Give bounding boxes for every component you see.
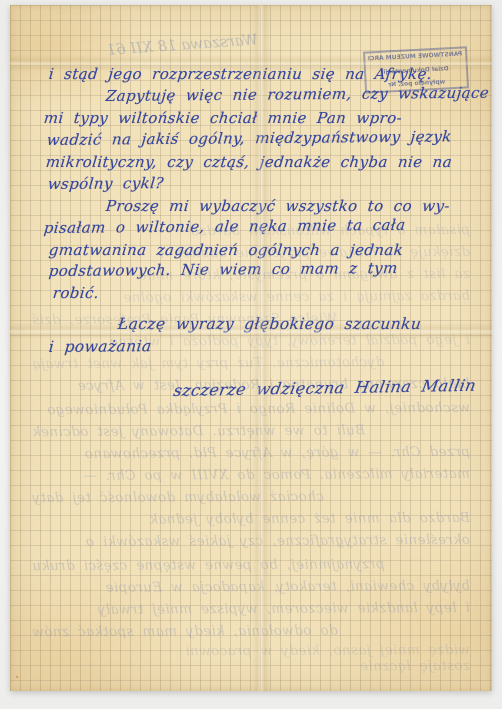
handwriting-line: robić. bbox=[52, 284, 100, 302]
bleedthrough-line: zostaję łącznie bbox=[32, 658, 470, 676]
bleedthrough-line: chociaż wolałabym dowolność tej daty bbox=[32, 488, 470, 506]
bleedthrough-line: wschodniej, w Dolinie Rongo i Przylądka … bbox=[32, 400, 470, 418]
handwriting-line: podstawowych. Nie wiem co mam z tym bbox=[48, 259, 399, 280]
fold-crease-vertical bbox=[252, 5, 270, 691]
handwriting-line: mi typy wiltońskie chciał mnie Pan wpro- bbox=[43, 109, 403, 127]
bleedthrough-line: widzę mniej jasno, kiedy w pracowni bbox=[32, 642, 470, 660]
bleedthrough-line: określenie stratygraficzne, czy jakieś w… bbox=[32, 532, 470, 550]
handwriting-line: Proszę mi wybaczyć wszystko to co wy- bbox=[105, 197, 451, 215]
handwriting-line: mikrolityczny, czy cztąś, jednakże chyba… bbox=[45, 153, 453, 171]
bleedthrough-line: i lepy landzkie wieczorem, wypisze mniej… bbox=[32, 600, 470, 618]
handwriting-line: Zapytuję więc nie rozumiem, czy wskazują… bbox=[105, 84, 490, 105]
closing-line: Łączę wyrazy głębokiego szacunku bbox=[117, 315, 422, 333]
closing-line: i poważania bbox=[48, 337, 152, 356]
handwriting-line: i stąd jego rozprzestrzenianiu się na Af… bbox=[48, 65, 433, 83]
signature: szczerze wdzięczna Halina Mallin bbox=[172, 376, 478, 400]
handwriting-line: gmatwanina zagadnień ogólnych a jednak bbox=[48, 241, 404, 259]
bleedthrough-date: Warszawa 18 XII 61 bbox=[68, 30, 259, 61]
bleedthrough-line: byłyby chewiani, terakoty, kapadocja w E… bbox=[32, 578, 470, 596]
letter-page: Warszawa 18 XII 61 PAŃSTWOWE MUZEUM ARCH… bbox=[10, 5, 492, 691]
handwriting-line: wadzić na jakiś ogólny, międzypaństwowy … bbox=[46, 127, 453, 149]
handwriting-line: wspólny cykl? bbox=[47, 174, 165, 193]
bleedthrough-line: przynajmniej, bo pewne wstępne części dr… bbox=[32, 556, 470, 574]
bleedthrough-line: Bardzo dla mnie też cenne byłoby jednak bbox=[32, 510, 470, 528]
bleedthrough-line: do odwołania, kiedy mam spotkać znów bbox=[32, 622, 470, 640]
handwriting-line: pisałam o wiltonie, ale nęka mnie ta cał… bbox=[43, 216, 406, 237]
stamp-line: PAŃSTWOWE MUZEUM ARCHEOLOGICZNE bbox=[368, 51, 462, 63]
bleedthrough-line: dychotomiczne. Tuż przy tym jak wnet trw… bbox=[32, 354, 470, 372]
bleedthrough-line: przed Chr. — w górę, w Afryce Płd. przec… bbox=[32, 444, 470, 462]
bleedthrough-line: materiały milczenia. Pomoc do XVIII w po… bbox=[32, 466, 470, 484]
bleedthrough-line: Buli to we wnętrzu. Datowany jest odcine… bbox=[32, 422, 470, 440]
